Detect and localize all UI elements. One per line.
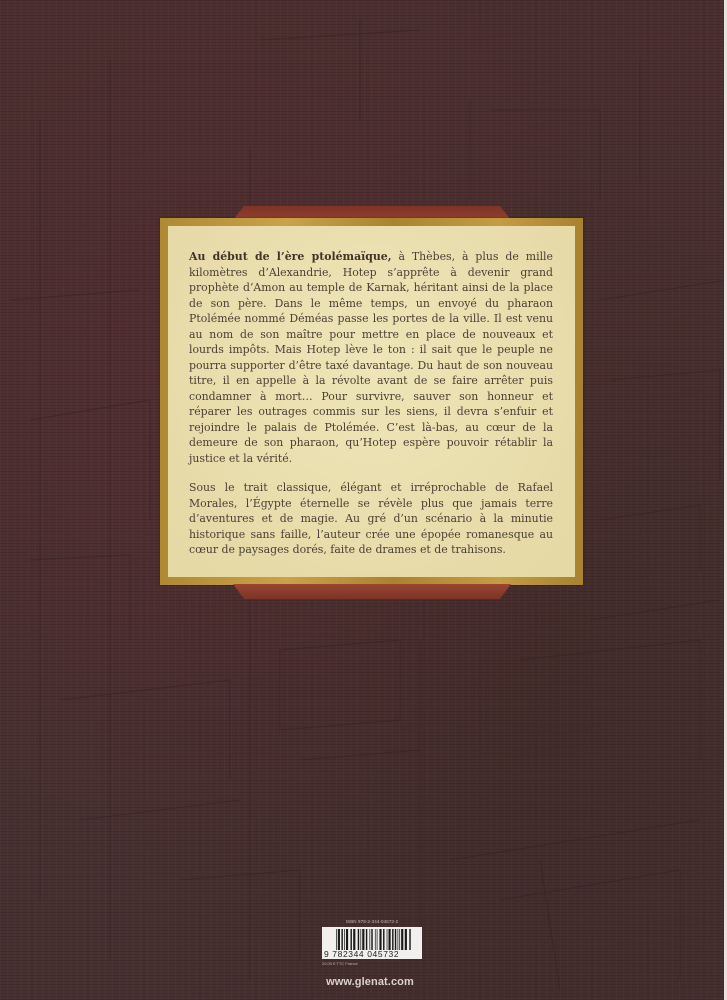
summary-paragraph-1: Au début de l’ère ptolémaïque, à Thèbes,… xyxy=(189,249,553,466)
summary-frame: Au début de l’ère ptolémaïque, à Thèbes,… xyxy=(160,218,583,585)
barcode-bars xyxy=(336,929,412,950)
isbn-label: ISBN 978-2-344-04573-2 xyxy=(322,919,422,925)
publisher-website[interactable]: www.glenat.com xyxy=(300,976,440,988)
barcode-digits: 9 782344 045732 xyxy=(324,950,420,959)
price-line: 20.00 € TTC France xyxy=(322,961,422,966)
summary-panel: Au début de l’ère ptolémaïque, à Thèbes,… xyxy=(168,226,575,577)
summary-lead: Au début de l’ère ptolémaïque, xyxy=(189,250,392,263)
barcode-block: ISBN 978-2-344-04573-2 9 782344 045732 2… xyxy=(322,919,422,966)
barcode: 9 782344 045732 xyxy=(322,927,422,959)
summary-paragraph-2: Sous le trait classique, élégant et irré… xyxy=(189,480,553,558)
summary-paragraph-1-text: à Thèbes, à plus de mille kilomètres d’A… xyxy=(189,250,553,465)
panel-bottom-tab xyxy=(233,584,511,599)
